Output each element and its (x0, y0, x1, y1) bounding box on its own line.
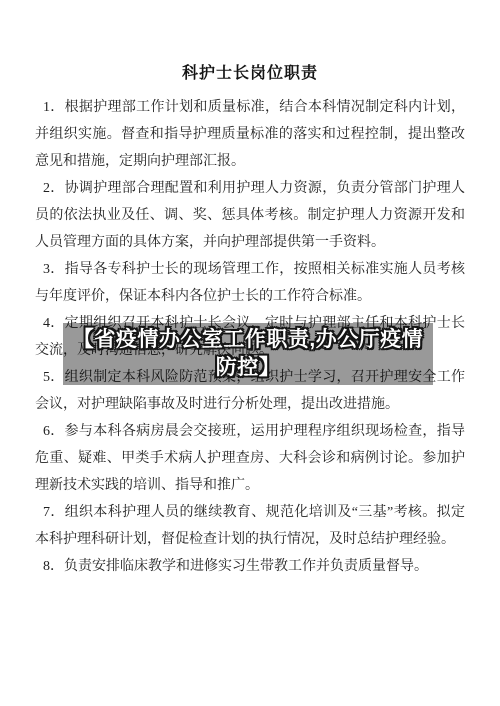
duty-item-3: 3．指导各专科护士长的现场管理工作，按照相关标准实施人员考核与年度评价，保证本科… (35, 256, 465, 310)
duty-item-5: 5．组织制定本科风险防范预案，组织护士学习，召开护理安全工作会议，对护理缺陷事故… (35, 364, 465, 418)
duty-item-7: 7．组织本科护理人员的继续教育、规范化培训及“三基”考核。拟定本科护理科研计划，… (35, 499, 465, 553)
document-body: 1．根据护理部工作计划和质量标准，结合本科情况制定科内计划，并组织实施。督查和指… (0, 94, 500, 580)
duty-item-6: 6．参与本科各病房晨会交接班，运用护理程序组织现场检查，指导危重、疑难、甲类手术… (35, 418, 465, 499)
document-title: 科护士长岗位职责 (0, 0, 500, 83)
duty-item-2: 2．协调护理部合理配置和利用护理人力资源，负责分管部门护理人员的依法执业及任、调… (35, 175, 465, 256)
duty-item-8: 8．负责安排临床教学和进修实习生带教工作并负责质量督导。 (35, 553, 465, 580)
duty-item-1: 1．根据护理部工作计划和质量标准，结合本科情况制定科内计划，并组织实施。督查和指… (35, 94, 465, 175)
duty-item-4: 4．定期组织召开本科护士长会议，定时与护理部主任和本科护士长交流，及时沟通信息，… (35, 310, 465, 364)
document-page: 科护士长岗位职责 1．根据护理部工作计划和质量标准，结合本科情况制定科内计划，并… (0, 0, 500, 706)
